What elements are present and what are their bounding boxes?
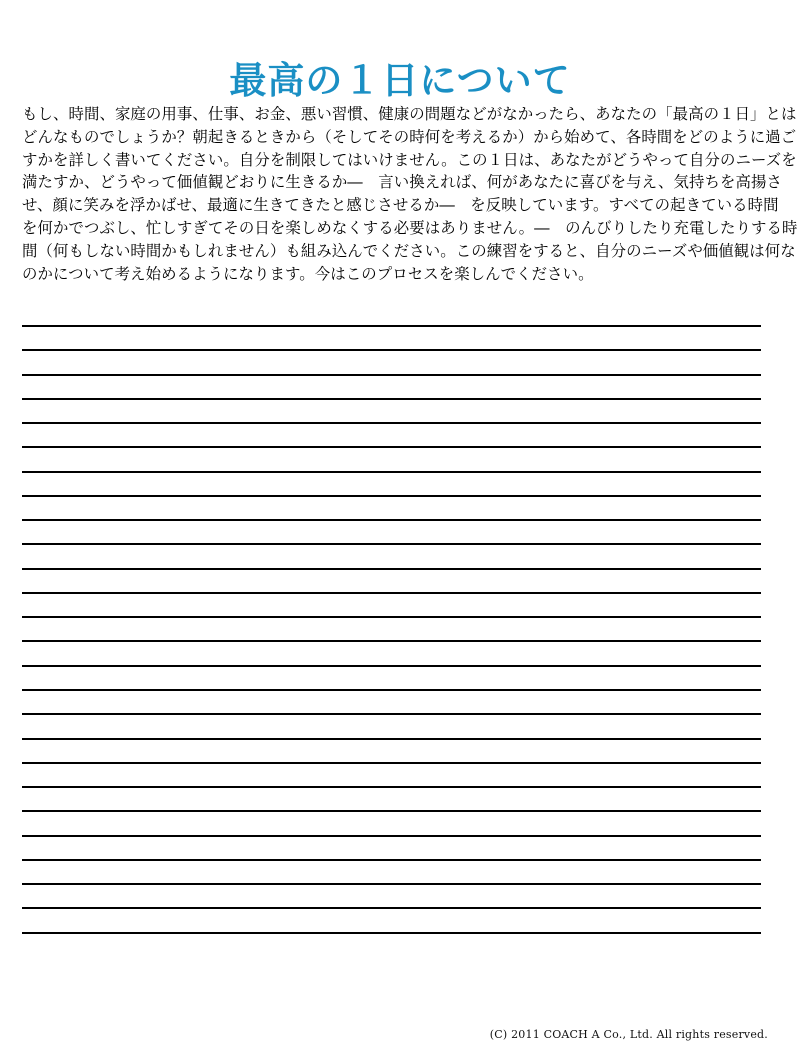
page-title: 最高の１日について [0,55,800,107]
instructions-line: どんなものでしょうか？朝起きるときから（そしてその時何を考えるか）から始めて、各… [22,126,782,149]
writing-line [22,665,761,667]
instructions-line: 満たすか、どうやって価値観どおりに生きるか― 言い換えれば、何があなたに喜びを与… [22,171,782,194]
instructions-line: を何かでつぶし、忙しすぎてその日を楽しめなくする必要はありません。― のんびりし… [22,217,782,240]
instructions-line: もし、時間、家庭の用事、仕事、お金、悪い習慣、健康の問題などがなかったら、あなた… [22,103,782,126]
writing-line [22,568,761,570]
writing-line [22,932,761,934]
writing-line [22,713,761,715]
writing-line [22,519,761,521]
writing-line [22,738,761,740]
writing-line [22,374,761,376]
writing-line [22,786,761,788]
writing-line [22,835,761,837]
copyright-footer: (C) 2011 COACH A Co., Ltd. All rights re… [490,1027,768,1043]
writing-line [22,446,761,448]
writing-line [22,495,761,497]
writing-area [22,325,761,956]
instructions-line: すかを詳しく書いてください。自分を制限してはいけません。この１日は、あなたがどう… [22,149,782,172]
writing-line [22,422,761,424]
writing-line [22,592,761,594]
writing-line [22,883,761,885]
instructions-line: 間（何もしない時間かもしれません）も組み込んでください。この練習をすると、自分の… [22,240,782,263]
instructions-line: のかについて考え始めるようになります。今はこのプロセスを楽しんでください。 [22,263,782,286]
writing-line [22,616,761,618]
writing-line [22,762,761,764]
writing-line [22,543,761,545]
writing-line [22,349,761,351]
instructions-line: せ、顔に笑みを浮かばせ、最適に生きてきたと感じさせるか― を反映しています。すべ… [22,194,782,217]
writing-line [22,471,761,473]
writing-line [22,689,761,691]
writing-line [22,640,761,642]
writing-line [22,859,761,861]
writing-line [22,398,761,400]
instructions-paragraph: もし、時間、家庭の用事、仕事、お金、悪い習慣、健康の問題などがなかったら、あなた… [22,103,782,285]
writing-line [22,325,761,327]
writing-line [22,907,761,909]
writing-line [22,810,761,812]
